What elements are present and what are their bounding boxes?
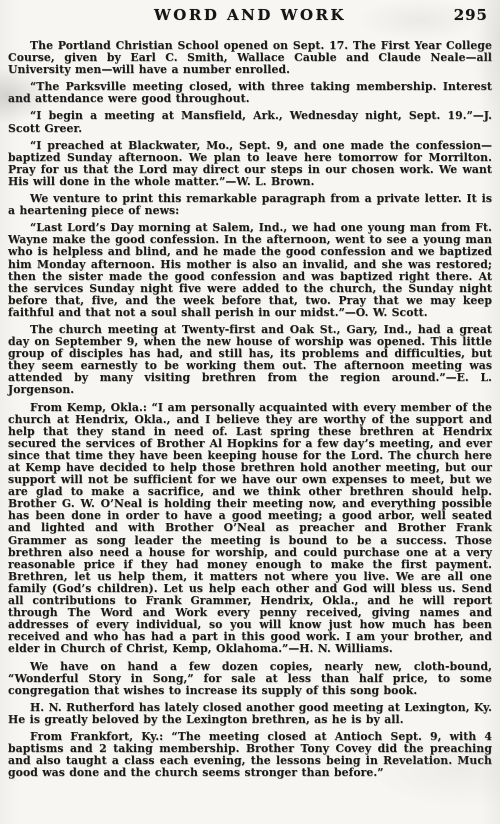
paragraph: “I preached at Blackwater, Mo., Sept. 9,… [8,140,492,188]
paragraph: We venture to print this remarkable para… [8,193,492,217]
paragraph: H. N. Rutherford has lately closed anoth… [8,702,492,726]
paragraph: “The Parksville meeting closed, with thr… [8,81,492,105]
paragraph: The church meeting at Twenty-first and O… [8,324,492,397]
page-number: 295 [454,6,488,24]
journal-title: WORD AND WORK [0,6,500,24]
article-body: The Portland Christian School opened on … [0,30,500,779]
paragraph: “I begin a meeting at Mansfield, Ark., W… [8,110,492,134]
paragraph: From Frankfort, Ky.: “The meeting closed… [8,731,492,779]
paragraph: “Last Lord’s Day morning at Salem, Ind.,… [8,222,492,319]
paragraph: From Kemp, Okla.: “I am personally acqua… [8,402,492,656]
paragraph: We have on hand a few dozen copies, near… [8,661,492,697]
page-header: WORD AND WORK 295 [0,0,500,30]
scanned-page: WORD AND WORK 295 The Portland Christian… [0,0,500,824]
paragraph: The Portland Christian School opened on … [8,40,492,76]
